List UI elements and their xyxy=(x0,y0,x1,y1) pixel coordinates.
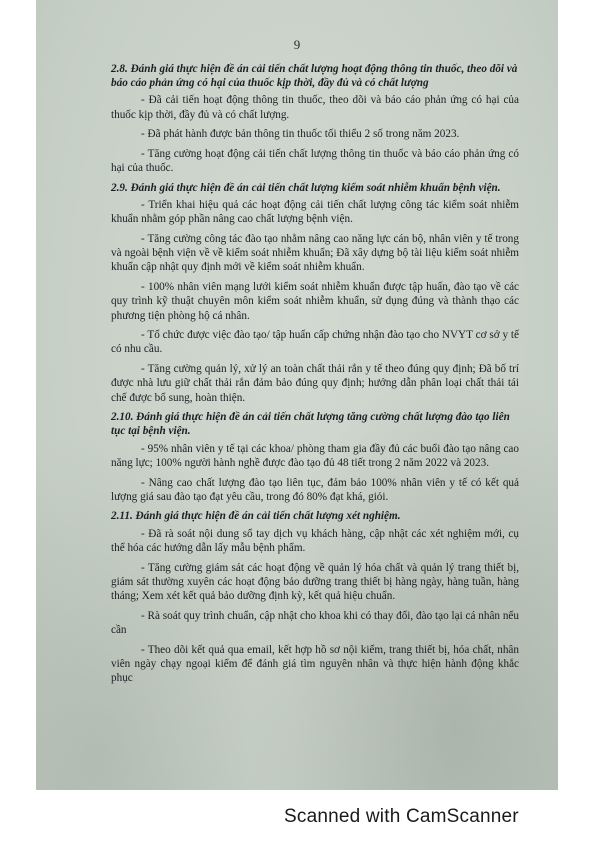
paragraph: - Theo dõi kết quả qua email, kết hợp hồ… xyxy=(111,643,519,686)
document-body: 2.8. Đánh giá thực hiện đề án cải tiến c… xyxy=(111,62,519,691)
paragraph: - Nâng cao chất lượng đào tạo liên tục, … xyxy=(111,476,519,504)
section-2-8: 2.8. Đánh giá thực hiện đề án cải tiến c… xyxy=(111,62,519,175)
page-number: 9 xyxy=(36,37,558,53)
paragraph: - Tăng cường giám sát các hoạt động về q… xyxy=(111,561,519,604)
scanned-page: 9 2.8. Đánh giá thực hiện đề án cải tiến… xyxy=(36,0,558,790)
paragraph: - 100% nhân viên mạng lưới kiểm soát nhi… xyxy=(111,280,519,323)
paragraph: - Tổ chức được việc đào tạo/ tập huấn cấ… xyxy=(111,328,519,356)
section-heading: 2.8. Đánh giá thực hiện đề án cải tiến c… xyxy=(111,62,519,90)
section-heading: 2.9. Đánh giá thực hiện đề án cải tiến c… xyxy=(111,181,519,195)
section-heading: 2.10. Đánh giá thực hiện đề án cải tiến … xyxy=(111,410,519,438)
section-heading: 2.11. Đánh giá thực hiện đề án cải tiến … xyxy=(111,509,519,523)
paragraph: - Đã phát hành được bản thông tin thuốc … xyxy=(111,127,519,141)
paragraph: - Tăng cường hoạt động cải tiến chất lượ… xyxy=(111,147,519,175)
paragraph: - Đã cải tiến hoạt động thông tin thuốc,… xyxy=(111,93,519,121)
section-2-10: 2.10. Đánh giá thực hiện đề án cải tiến … xyxy=(111,410,519,504)
paragraph: - Tăng cường công tác đào tạo nhằm nâng … xyxy=(111,232,519,275)
section-2-11: 2.11. Đánh giá thực hiện đề án cải tiến … xyxy=(111,509,519,685)
paragraph: - 95% nhân viên y tế tại các khoa/ phòng… xyxy=(111,442,519,470)
paragraph: - Rà soát quy trình chuẩn, cập nhật cho … xyxy=(111,609,519,637)
camscanner-watermark: Scanned with CamScanner xyxy=(284,806,519,828)
section-2-9: 2.9. Đánh giá thực hiện đề án cải tiến c… xyxy=(111,181,519,405)
paragraph: - Triển khai hiệu quả các hoạt động cải … xyxy=(111,198,519,226)
paragraph: - Đã rà soát nội dung sổ tay dịch vụ khá… xyxy=(111,527,519,555)
paragraph: - Tăng cường quản lý, xử lý an toàn chất… xyxy=(111,362,519,405)
